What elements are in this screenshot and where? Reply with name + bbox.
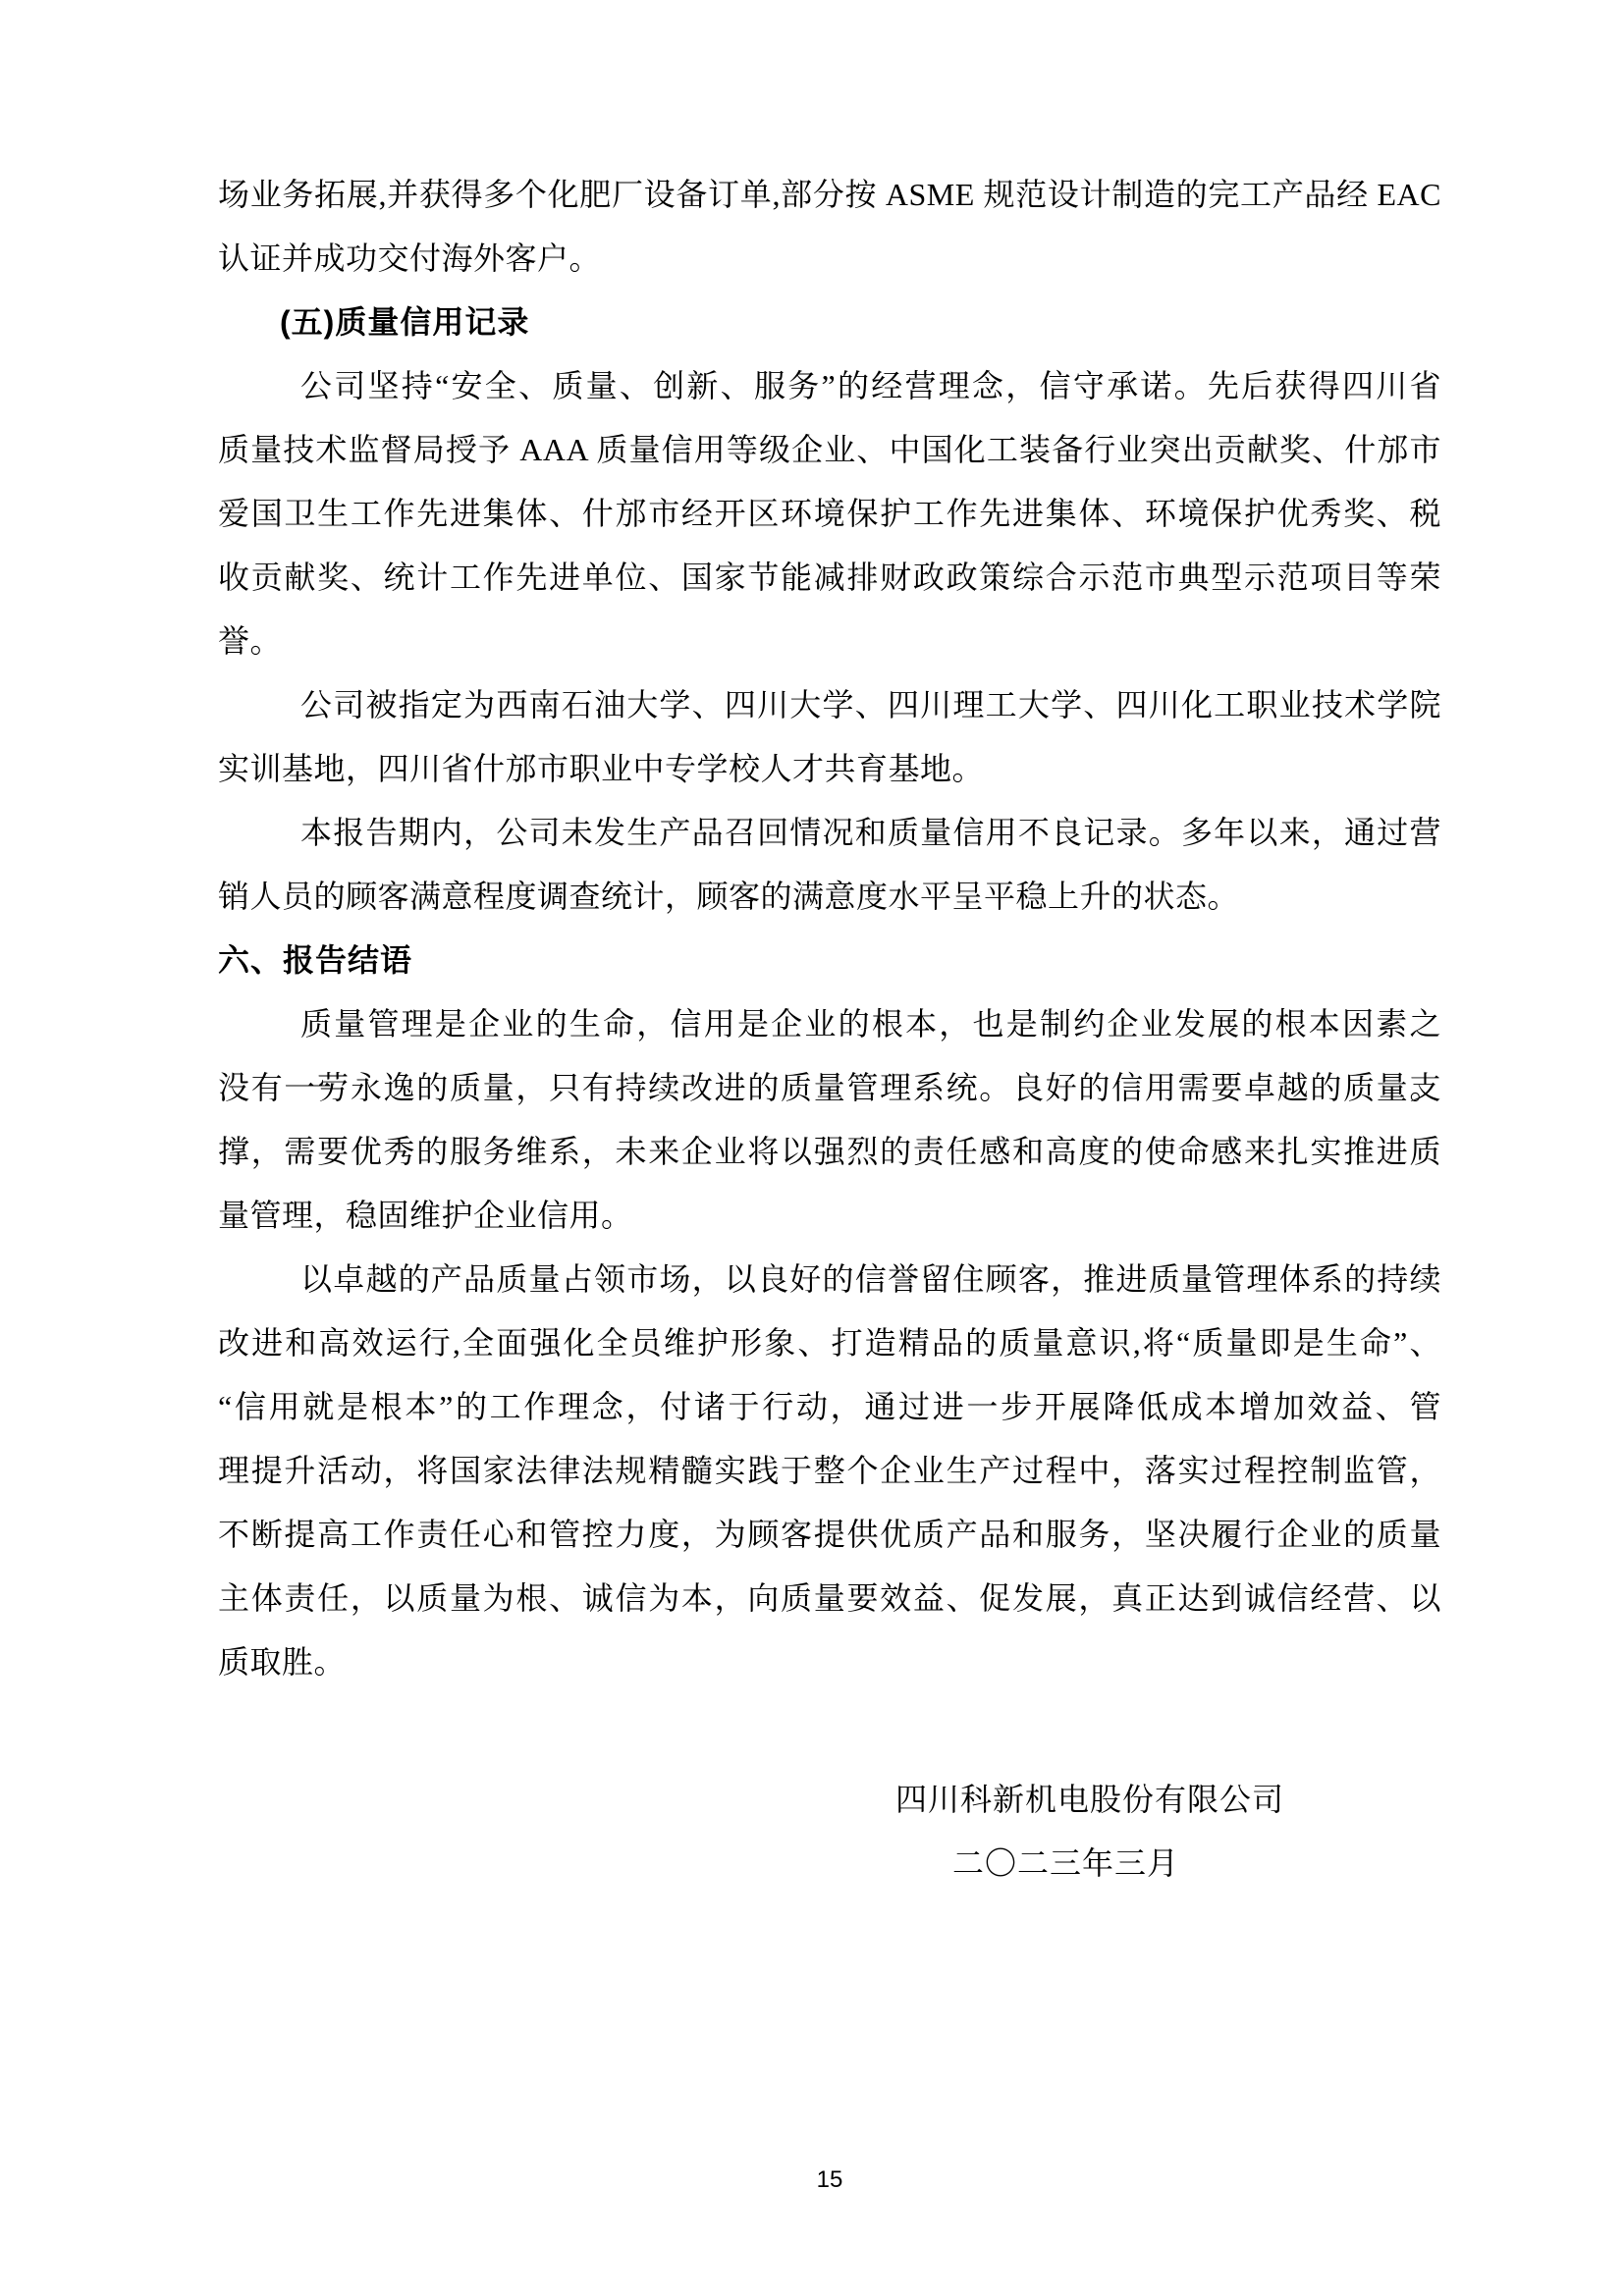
text-line: 质量技术监督局授予 AAA 质量信用等级企业、中国化工装备行业突出贡献奖、什邡市 bbox=[218, 418, 1441, 482]
text-line: 公司坚持“安全、质量、创新、服务”的经营理念，信守承诺。先后获得四川省 bbox=[218, 354, 1441, 418]
text-line: 改进和高效运行,全面强化全员维护形象、打造精品的质量意识,将“质量即是生命”、 bbox=[218, 1311, 1441, 1375]
signature-company: 四川科新机电股份有限公司 bbox=[895, 1768, 1284, 1832]
text-line: 质取胜。 bbox=[218, 1630, 1441, 1694]
section-heading: 六、报告结语 bbox=[218, 929, 1441, 992]
text-line: 爱国卫生工作先进集体、什邡市经开区环境保护工作先进集体、环境保护优秀奖、税 bbox=[218, 482, 1441, 546]
text-line: 量管理，稳固维护企业信用。 bbox=[218, 1184, 1441, 1248]
text-line: 以卓越的产品质量占领市场，以良好的信誉留住顾客，推进质量管理体系的持续 bbox=[218, 1248, 1441, 1311]
page-number: 15 bbox=[218, 2165, 1441, 2195]
text-line: “信用就是根本”的工作理念，付诸于行动，通过进一步开展降低成本增加效益、管 bbox=[218, 1375, 1441, 1439]
text-line: 销人员的顾客满意程度调查统计，顾客的满意度水平呈平稳上升的状态。 bbox=[218, 865, 1441, 929]
text-line: 公司被指定为西南石油大学、四川大学、四川理工大学、四川化工职业技术学院 bbox=[218, 673, 1441, 737]
section-heading: (五)质量信用记录 bbox=[218, 291, 1441, 354]
text-line: 本报告期内，公司未发生产品召回情况和质量信用不良记录。多年以来，通过营 bbox=[218, 801, 1441, 865]
text-line: 收贡献奖、统计工作先进单位、国家节能减排财政政策综合示范市典型示范项目等荣 bbox=[218, 546, 1441, 610]
text-line: 主体责任，以质量为根、诚信为本，向质量要效益、促发展，真正达到诚信经营、以 bbox=[218, 1567, 1441, 1630]
text-line: 质量管理是企业的生命，信用是企业的根本，也是制约企业发展的根本因素之一。 bbox=[218, 992, 1441, 1056]
document-page: 场业务拓展,并获得多个化肥厂设备订单,部分按 ASME 规范设计制造的完工产品经… bbox=[0, 0, 1624, 2296]
text-line: 撑，需要优秀的服务维系，未来企业将以强烈的责任感和高度的使命感来扎实推进质 bbox=[218, 1120, 1441, 1184]
signature-date: 二〇二三年三月 bbox=[952, 1832, 1179, 1896]
text-line: 实训基地，四川省什邡市职业中专学校人才共育基地。 bbox=[218, 737, 1441, 801]
text-line: 理提升活动，将国家法律法规精髓实践于整个企业生产过程中，落实过程控制监管， bbox=[218, 1439, 1441, 1503]
text-line: 不断提高工作责任心和管控力度，为顾客提供优质产品和服务，坚决履行企业的质量 bbox=[218, 1503, 1441, 1567]
text-line: 没有一劳永逸的质量，只有持续改进的质量管理系统。良好的信用需要卓越的质量支 bbox=[218, 1056, 1441, 1120]
text-line: 场业务拓展,并获得多个化肥厂设备订单,部分按 ASME 规范设计制造的完工产品经… bbox=[218, 163, 1441, 227]
text-line: 誉。 bbox=[218, 610, 1441, 673]
text-line: 认证并成功交付海外客户。 bbox=[218, 227, 1441, 291]
document-body: 场业务拓展,并获得多个化肥厂设备订单,部分按 ASME 规范设计制造的完工产品经… bbox=[218, 163, 1441, 1694]
